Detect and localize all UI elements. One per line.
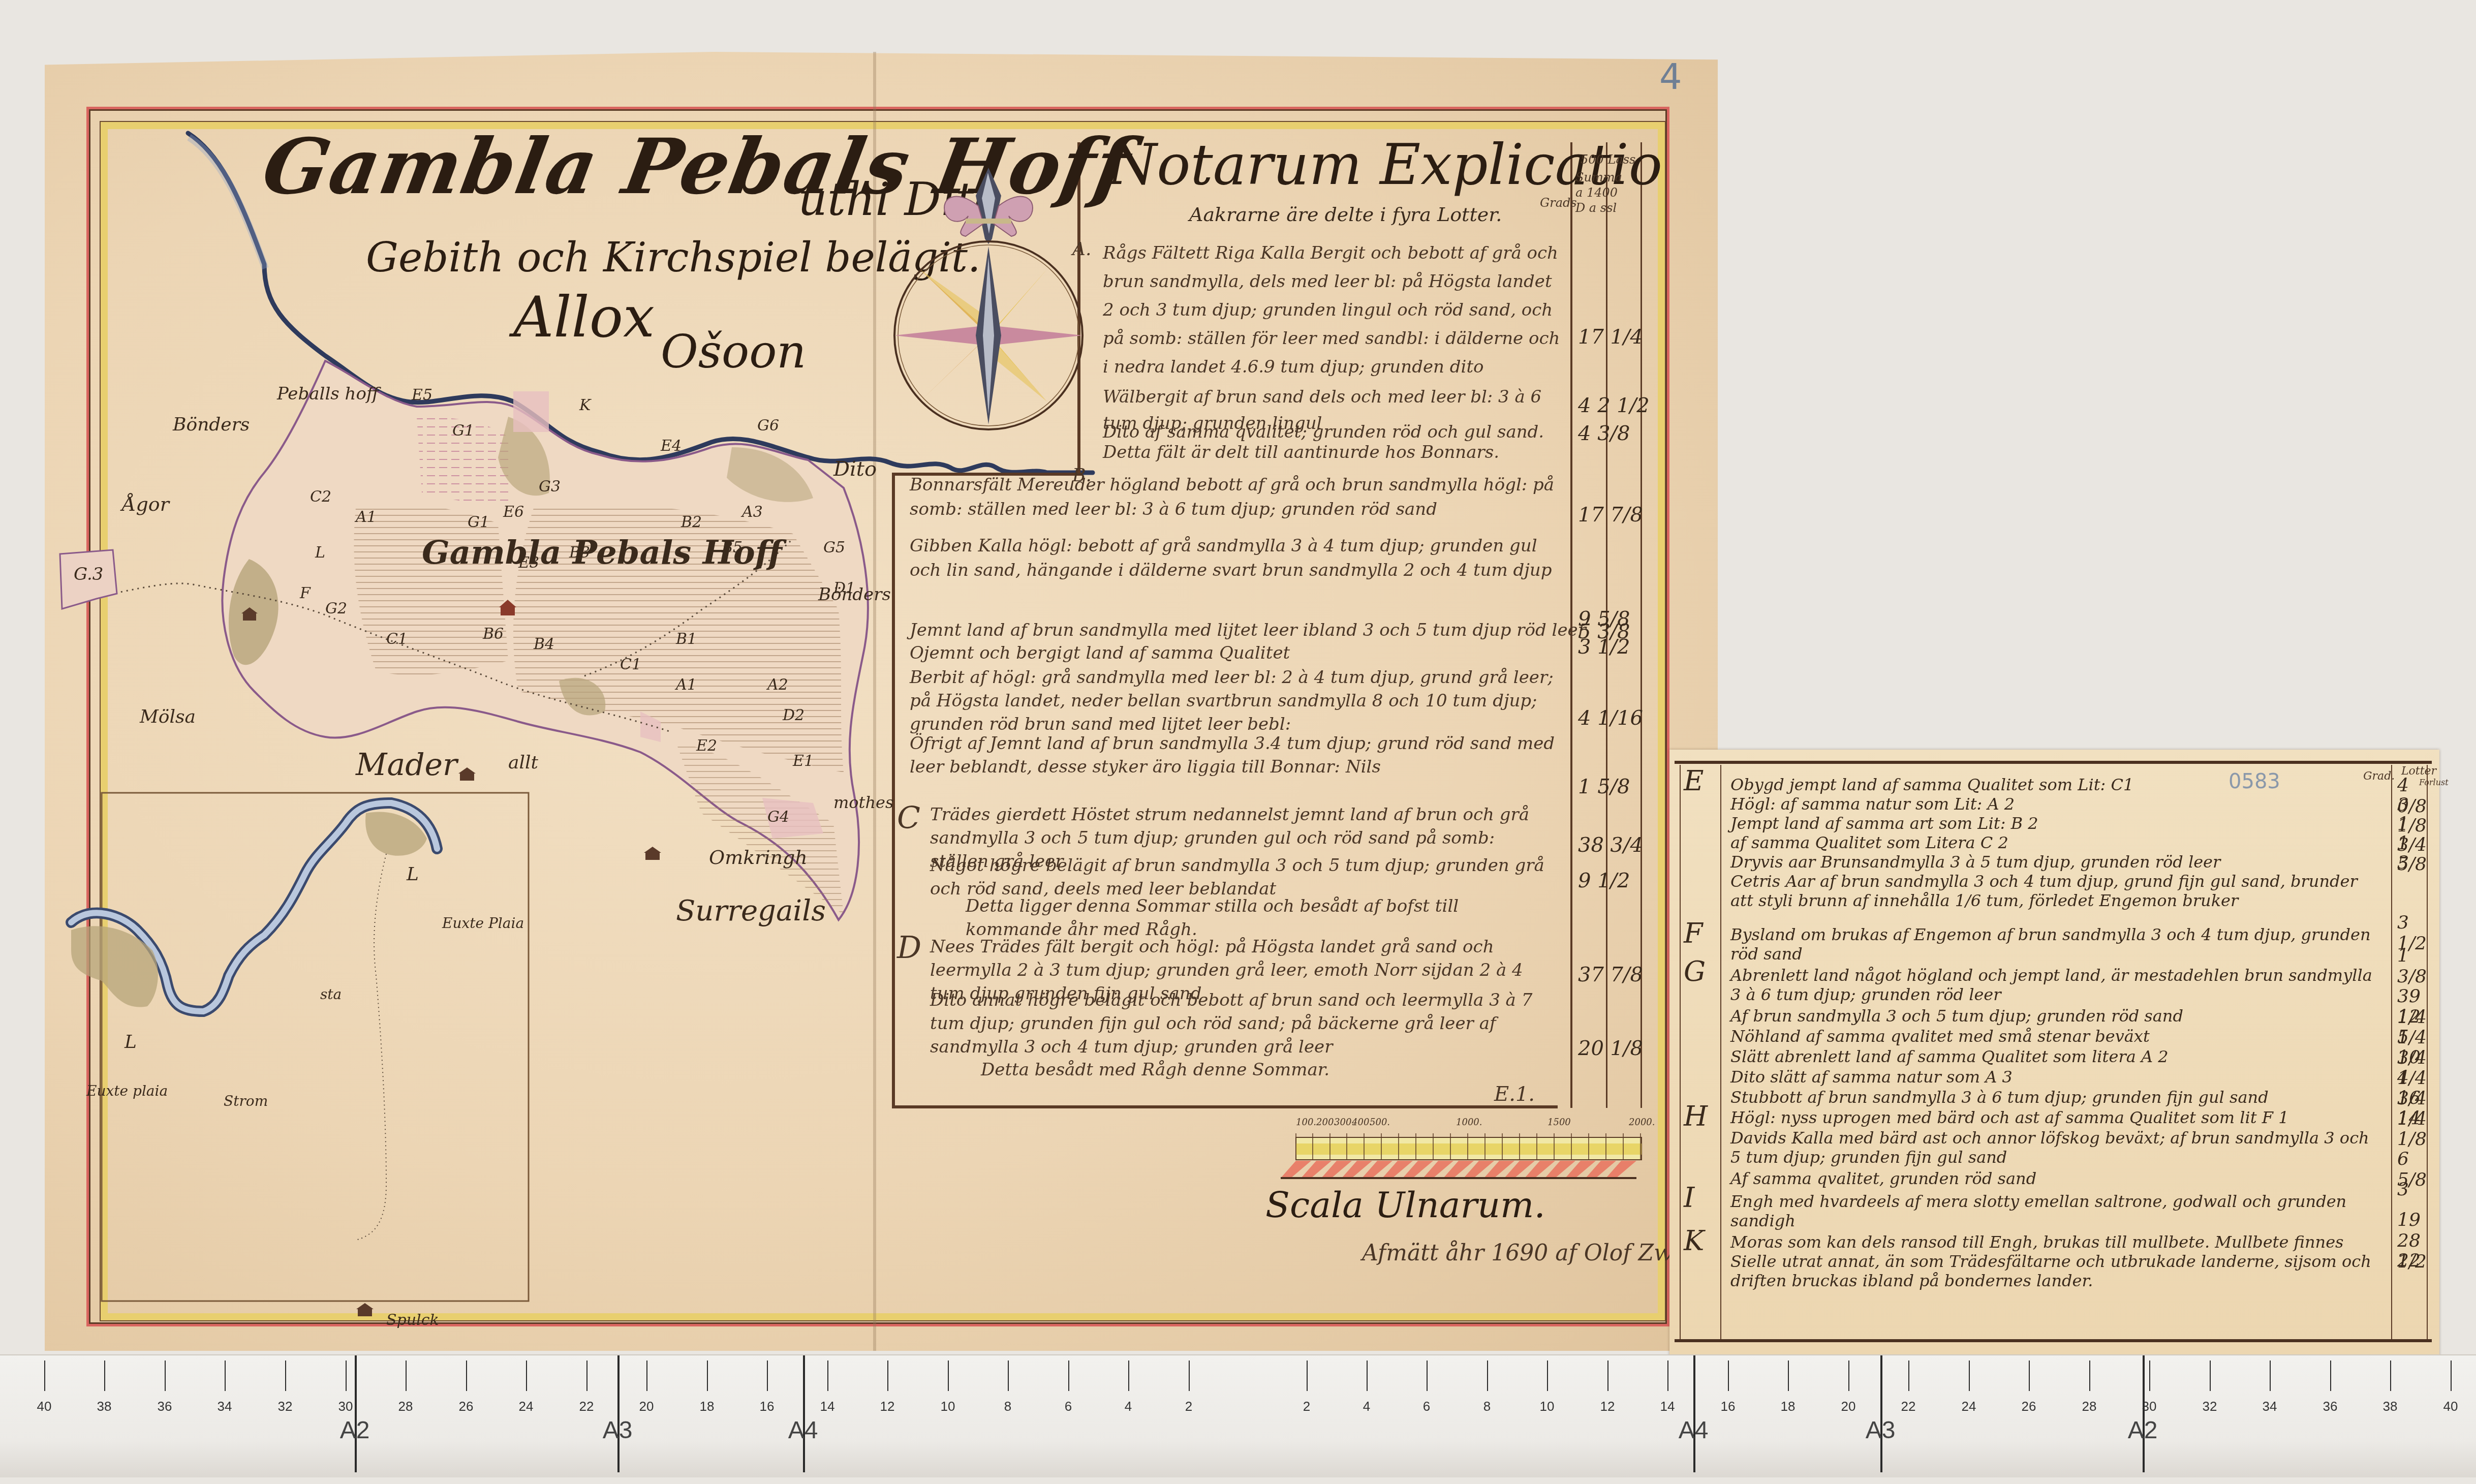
parcel-code: G1: [452, 422, 474, 440]
parcel-code: B6: [483, 625, 504, 643]
ruler-tick: [1788, 1361, 1789, 1391]
format-label-a4-right: A4: [1679, 1416, 1709, 1444]
format-label-a3-right: A3: [1866, 1416, 1896, 1444]
ruler-tick: [44, 1361, 45, 1391]
ruler-number: 2: [1303, 1399, 1310, 1414]
ruler-tick: [466, 1361, 467, 1391]
attached-entry: Högl: nyss uprogen med bärd och ast af s…: [1730, 1108, 2289, 1127]
map-title-line3: Allox: [513, 285, 655, 350]
ruler-tick: [165, 1361, 166, 1391]
ruler-number: 22: [579, 1399, 594, 1414]
legend-value-d2: 20 1/8: [1578, 1037, 1643, 1060]
row-letter: F: [1684, 917, 1703, 949]
attached-entry: Af samma qvalitet, grunden röd sand: [1730, 1169, 2036, 1188]
parcel-code: D2: [783, 706, 804, 724]
legend-value-b1: 17 7/8: [1578, 503, 1643, 527]
legend-corner-note: a 1400: [1575, 185, 1618, 200]
margin-line: [1720, 765, 1721, 1339]
ruler-tick: [646, 1361, 647, 1391]
attached-sheet: Grad. Lotter Forlust 0583 E Obygd jempt …: [1669, 750, 2439, 1357]
place-label-omkringh: Omkringh: [709, 846, 808, 869]
attached-entry: Slätt abrenlett land af samma Qualitet s…: [1730, 1047, 2169, 1066]
ruler-number: 34: [218, 1399, 232, 1414]
attached-entry: Stubbott af brun sandmylla 3 à 6 tum dju…: [1730, 1088, 2269, 1107]
inset-panel: [102, 793, 529, 1301]
format-marker: [355, 1355, 357, 1472]
row-letter: I: [1684, 1182, 1694, 1214]
parcel-code: B4: [534, 635, 554, 653]
ruler-tick: [2210, 1361, 2211, 1391]
legend-entry-d2: Dito annat högre belägit och bebott af b…: [930, 988, 1555, 1059]
attached-value: 14 1/8: [2397, 1108, 2439, 1150]
legend-corner-note: Grads: [1540, 196, 1577, 210]
scale-tick-1500: 1500: [1547, 1117, 1571, 1128]
ruler-number: 20: [639, 1399, 654, 1414]
parcel-code: L: [315, 544, 325, 562]
ruler-tick: [2089, 1361, 2090, 1391]
attached-entry: Engh med hvardeels af mera slotty emella…: [1730, 1192, 2381, 1230]
legend-subtitle: Aakrarne äre delte i fyra Lotter.: [1189, 203, 1502, 226]
ruler-tick: [346, 1361, 347, 1391]
place-label-mader: Mader: [356, 747, 457, 783]
ruler-tick: [1189, 1361, 1190, 1391]
ruler-tick: [1307, 1361, 1308, 1391]
parcel-code: L: [407, 864, 419, 885]
attached-sheet-bottom-rule: [1675, 1339, 2432, 1342]
parcel-code: A1: [356, 508, 377, 526]
fleur-de-lis-icon: [944, 168, 1033, 244]
column-header-grad: Grad.: [2363, 770, 2395, 783]
legend-entry-b2: Gibben Kalla högl: bebott af grå sandmyl…: [910, 534, 1555, 582]
attached-value: 3: [2397, 1179, 2409, 1200]
place-label-peballs-hoff: Peballs hoff: [277, 384, 379, 404]
column-line: [2391, 765, 2392, 1339]
format-marker: [1693, 1355, 1695, 1472]
parcel-code: G2: [325, 600, 347, 617]
ruler-number: 10: [1540, 1399, 1555, 1414]
place-label-surregails: Surregails: [676, 894, 826, 927]
ruler-tick: [225, 1361, 226, 1391]
ruler-tick: [1427, 1361, 1428, 1391]
ruler-number: 40: [37, 1399, 52, 1414]
legend-entry-b3: Jemnt land af brun sandmylla med lijtet …: [910, 620, 1555, 640]
parcel-code: K: [579, 396, 591, 414]
legend-entry-b1: Bonnarsfält Mereuder högland bebott af g…: [910, 473, 1555, 521]
place-label-mothes: mothes: [833, 793, 893, 812]
legend-corner-note: D a ssl: [1575, 201, 1617, 215]
place-label-euxte-plaia-1: Euxte Plaia: [442, 915, 524, 932]
map-title-line4: Ošoon: [661, 325, 806, 379]
ruler-number: 16: [760, 1399, 775, 1414]
parcel-code: G4: [767, 808, 789, 826]
ruler-tick: [1728, 1361, 1729, 1391]
ruler-number: 24: [1962, 1399, 1976, 1414]
attached-entry: Högl: af samma natur som Lit: A 2: [1730, 794, 2015, 814]
ruler-number: 10: [941, 1399, 955, 1414]
place-label-sta: sta: [320, 986, 342, 1003]
scale-tick-100: 100.: [1296, 1117, 1316, 1128]
ruler-tick: [2390, 1361, 2391, 1391]
attached-entry: Af brun sandmylla 3 och 5 tum djup; grun…: [1730, 1006, 2183, 1026]
parcel-code: G5: [823, 539, 845, 556]
parcel-code: G3: [539, 478, 561, 496]
parcel-code: B2: [681, 513, 702, 531]
attached-entry: Moras som kan dels ransod till Engh, bru…: [1730, 1232, 2381, 1290]
format-label-a2-left: A2: [340, 1416, 370, 1444]
legend-value-b5: 4 1/16: [1578, 706, 1643, 730]
ruler-number: 4: [1363, 1399, 1370, 1414]
ruler-tick: [1848, 1361, 1849, 1391]
row-letter: E: [1684, 765, 1704, 797]
ruler-number: 8: [1004, 1399, 1011, 1414]
attached-entry: Abrenlett land något högland och jempt l…: [1730, 966, 2381, 1004]
attached-entry: Bysland om brukas af Engemon af brun san…: [1730, 925, 2381, 964]
scale-tick-500: 500.: [1370, 1117, 1390, 1128]
format-label-a2-right: A2: [2128, 1416, 2158, 1444]
place-label-euxte-plaia-2: Euxte plaia: [86, 1083, 168, 1099]
ruler-tick: [1487, 1361, 1488, 1391]
legend-entry-c-note: Detta ligger denna Sommar stilla och bes…: [966, 894, 1555, 941]
ruler-number: 12: [880, 1399, 895, 1414]
ruler-tick: [887, 1361, 888, 1391]
ruler-tick: [1908, 1361, 1909, 1391]
ruler-number: 36: [2323, 1399, 2338, 1414]
ruler-number: 6: [1065, 1399, 1072, 1414]
margin-line: [1680, 765, 1681, 1339]
ruler-number: 34: [2263, 1399, 2277, 1414]
format-marker: [1880, 1355, 1882, 1472]
legend-entry-b6: Öfrigt af Jemnt land af brun sandmylla 3…: [910, 732, 1555, 779]
ruler-number: 14: [1660, 1399, 1675, 1414]
archive-pencil-number: 0583: [2229, 770, 2280, 793]
attached-entry: Davids Kalla med bärd ast och annor löfs…: [1730, 1128, 2381, 1167]
ruler-tick: [1607, 1361, 1608, 1391]
inset-parcel-label: G.3: [74, 564, 103, 584]
legend-value-d1: 37 7/8: [1578, 963, 1643, 986]
surveyor-signature: Afmätt åhr 1690 af Olof Zwiss: [1362, 1240, 1703, 1266]
format-marker: [2143, 1355, 2145, 1472]
legend-entry-e1: E.1.: [1494, 1083, 1535, 1106]
scale-tick-2000: 2000.: [1629, 1117, 1655, 1128]
format-label-a4-left: A4: [788, 1416, 818, 1444]
row-letter: H: [1684, 1100, 1708, 1132]
ruler-number: 30: [338, 1399, 353, 1414]
ruler-tick: [526, 1361, 527, 1391]
ruler-tick: [1068, 1361, 1069, 1391]
attached-entry: af samma Qualitet som Litera C 2: [1730, 833, 2008, 852]
legend-value-a2: 4 2 1/2: [1578, 394, 1650, 417]
ruler-tick: [2029, 1361, 2030, 1391]
ruler-number: 26: [459, 1399, 474, 1414]
legend-corner-note: Summa: [1575, 170, 1622, 184]
legend-value-a3: 4 3/8: [1578, 422, 1630, 445]
row-letter: G: [1684, 955, 1706, 987]
ruler-tick: [586, 1361, 587, 1391]
ruler-number: 20: [1841, 1399, 1856, 1414]
attached-entry: Obygd jempt land af samma Qualitet som L…: [1730, 775, 2133, 794]
ruler-tick: [948, 1361, 949, 1391]
format-label-a3-left: A3: [603, 1416, 633, 1444]
ruler-number: 18: [1781, 1399, 1796, 1414]
parcel-code: E1: [793, 752, 814, 770]
legend-entry-b4: Ojemnt och bergigt land af samma Qualite…: [910, 643, 1555, 663]
ruler-number: 28: [2082, 1399, 2097, 1414]
parcel-code: E2: [696, 737, 717, 755]
legend-corner-note: 500 Lass: [1581, 152, 1635, 167]
ruler-number: 32: [278, 1399, 293, 1414]
attached-entry: Cetris Aar af brun sandmylla 3 och 4 tum…: [1730, 872, 2381, 910]
ruler-number: 16: [1721, 1399, 1736, 1414]
ruler-tick: [1367, 1361, 1368, 1391]
parcel-code: F: [300, 584, 311, 602]
legend-value-c2: 9 1/2: [1578, 869, 1630, 892]
legend-entry-a1: Rågs Fältett Riga Kalla Bergit och bebot…: [1103, 239, 1560, 381]
attached-entry: Dito slätt af samma natur som A 3: [1730, 1067, 2013, 1087]
legend-entry-d-note: Detta besådt med Rågh denne Sommar.: [981, 1060, 1329, 1080]
place-label-spulk: Spulck: [386, 1311, 439, 1329]
parcel-code: A3: [742, 503, 763, 521]
legend-value-b6: 1 5/8: [1578, 775, 1630, 798]
ruler-number: 22: [1901, 1399, 1916, 1414]
ruler-number: 18: [700, 1399, 715, 1414]
ruler-tick: [2330, 1361, 2331, 1391]
ruler-number: 36: [158, 1399, 172, 1414]
attached-sheet-top-rule: [1675, 761, 2432, 764]
format-marker: [803, 1355, 805, 1472]
place-label-dito: Dito: [833, 457, 877, 481]
ruler-number: 40: [2443, 1399, 2458, 1414]
parcel-code: A1: [676, 676, 697, 694]
ruler-tick: [707, 1361, 708, 1391]
parcel-code: C1: [620, 656, 641, 673]
ruler-number: 38: [2383, 1399, 2398, 1414]
attached-entry: Jempt land af samma art som Lit: B 2: [1730, 814, 2038, 833]
ruler-number: 28: [398, 1399, 413, 1414]
parcel-code: C1: [386, 630, 408, 648]
parcel-code: D1: [833, 579, 855, 597]
ruler-number: 4: [1125, 1399, 1132, 1414]
legend-value-a1: 17 1/4: [1578, 325, 1643, 349]
ruler-number: 24: [519, 1399, 534, 1414]
ruler-tick: [1969, 1361, 1970, 1391]
ruler-tick: [104, 1361, 105, 1391]
compass-rose: [874, 168, 1103, 447]
attached-entry: Nöhland af samma qvalitet med små stenar…: [1730, 1027, 2150, 1046]
parcel-code: A2: [767, 676, 788, 694]
legend-letter: C: [897, 800, 920, 836]
ruler-number: 26: [2022, 1399, 2036, 1414]
legend-value-c1: 38 3/4: [1578, 833, 1643, 857]
ruler-tick: [285, 1361, 286, 1391]
legend-letter: A.: [1072, 239, 1091, 260]
legend-value-b4: 3 1/2: [1578, 635, 1630, 659]
ruler-tick: [2149, 1361, 2150, 1391]
ruler-tick: [827, 1361, 828, 1391]
place-label-strom: Strom: [224, 1093, 268, 1109]
legend-entry-a3: Dito af samma qvalitet; grunden röd och …: [1103, 422, 1560, 462]
ruler-tick: [1008, 1361, 1009, 1391]
ruler-number: 2: [1185, 1399, 1192, 1414]
parcel-code: L: [125, 1032, 137, 1053]
parcel-code: E6: [503, 503, 524, 521]
place-label-molsa: Mölsa: [140, 706, 196, 727]
parcel-code: E5: [412, 386, 432, 404]
ruler-number: 38: [97, 1399, 112, 1414]
parcel-code: C2: [310, 488, 331, 506]
ruler-number: 8: [1483, 1399, 1491, 1414]
parcel-code: G6: [757, 417, 779, 435]
ruler-number: 6: [1423, 1399, 1430, 1414]
scale-label: Scala Ulnarum.: [1265, 1184, 1545, 1226]
legend-letter: D: [897, 930, 921, 966]
ruler-number: 32: [2203, 1399, 2217, 1414]
ruler-tick: [406, 1361, 407, 1391]
scale-tick-1000: 1000.: [1456, 1117, 1482, 1128]
parcel-code: B3: [569, 544, 590, 562]
attached-entry: Dryvis aar Brunsandmylla 3 à 5 tum djup,…: [1730, 852, 2220, 872]
place-label-bonders: Bönders: [173, 414, 250, 435]
parcel-code: G1: [468, 513, 489, 531]
ruler-tick: [2451, 1361, 2452, 1391]
parcel-code: E4: [661, 437, 682, 455]
ruler-tick: [2270, 1361, 2271, 1391]
row-letter: K: [1684, 1225, 1704, 1257]
format-marker: [617, 1355, 620, 1472]
parcel-code: B5: [722, 539, 742, 556]
ruler-tick: [1128, 1361, 1129, 1391]
ruler-tick: [1667, 1361, 1668, 1391]
ruler-tick: [1547, 1361, 1548, 1391]
legend-entry-c2: Något högre belägit af brun sandmylla 3 …: [930, 854, 1555, 901]
attached-value: 1 3/8: [2397, 945, 2439, 987]
attached-value: 22: [2397, 1250, 2421, 1271]
parcel-code: E3: [518, 554, 539, 572]
place-label-allt: allt: [508, 752, 538, 773]
legend-entry-b5: Berbit af högl: grå sandmylla med leer b…: [910, 666, 1555, 736]
ruler-tick: [767, 1361, 768, 1391]
measurement-ruler: 40 38 36 34 32 30 28 26 24 22 20 18 16 1…: [0, 1354, 2476, 1477]
place-label-agor: Ågor: [122, 493, 169, 515]
ruler-number: 14: [820, 1399, 835, 1414]
parcel-code: B1: [676, 630, 697, 648]
attached-value: 3: [2397, 852, 2409, 873]
ruler-number: 12: [1600, 1399, 1615, 1414]
